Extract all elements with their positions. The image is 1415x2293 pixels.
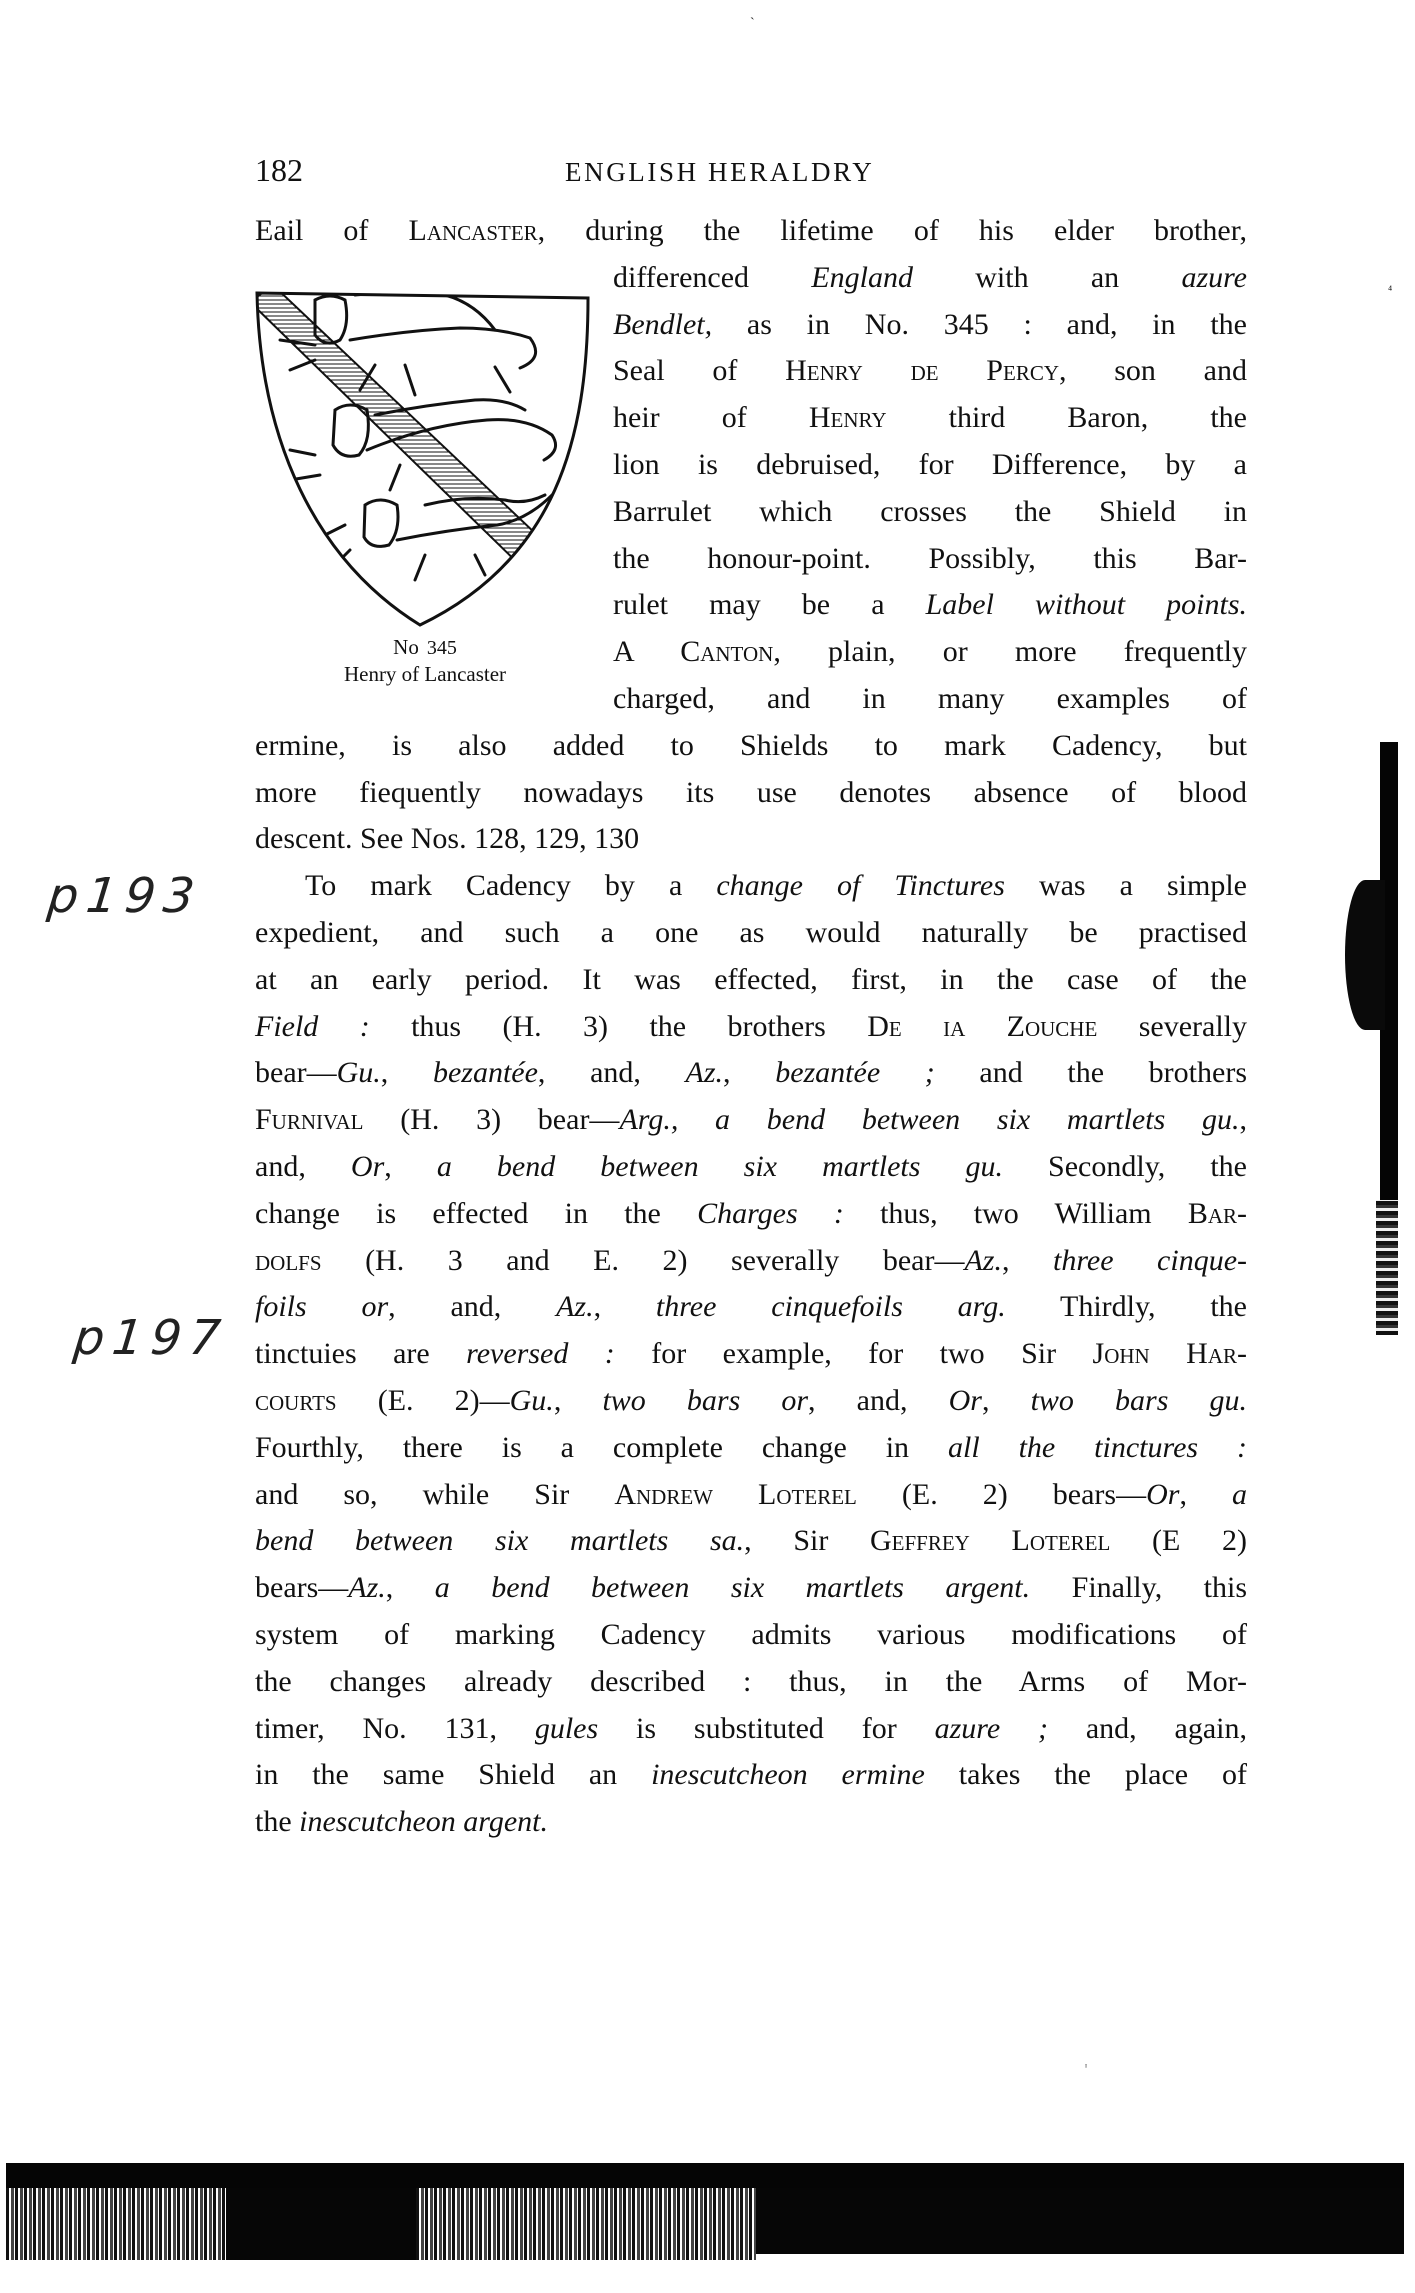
- italic-text: change of Tinctures: [716, 869, 1005, 902]
- text-line: Furnival (H. 3) bear—Arg., a bend betwee…: [255, 1097, 1247, 1144]
- scan-bottom-solid: [756, 2188, 1404, 2254]
- small-caps-text: Bar-: [1188, 1197, 1247, 1230]
- italic-text: two bars or: [602, 1384, 808, 1417]
- text-run: ,: [384, 1150, 437, 1183]
- text-run: , son and: [1059, 354, 1247, 387]
- text-run: ,: [723, 1056, 775, 1089]
- text-run: lion is debruised, for Difference, by a: [613, 448, 1247, 481]
- text-run: ,: [554, 1384, 603, 1417]
- text-run: severally: [1097, 1010, 1247, 1043]
- italic-text: Gu.: [510, 1384, 554, 1417]
- text-line: Fourthly, there is a complete change in …: [255, 1425, 1247, 1472]
- text-run: and,: [255, 1150, 351, 1183]
- text-run: To mark Cadency by a: [305, 869, 716, 902]
- text-run: as in No. 345 : and, in the: [712, 308, 1247, 341]
- text-run: the: [255, 1805, 299, 1838]
- italic-text: Or: [949, 1384, 982, 1417]
- text-line: the honour-point. Possibly, this Bar-: [613, 536, 1247, 583]
- scan-bottom-shadow: [6, 2163, 1404, 2191]
- italic-text: Az.: [964, 1244, 1002, 1277]
- small-caps-text: dolfs: [255, 1244, 322, 1277]
- text-line: tinctuies are reversed : for example, fo…: [255, 1331, 1247, 1378]
- text-line: bears—Az., a bend between six martlets a…: [255, 1565, 1247, 1612]
- text-run: ermine, is also added to Shields to mark…: [255, 729, 1247, 762]
- text-run: Fourthly, there is a complete change in: [255, 1431, 948, 1464]
- text-run: , during the lifetime of his elder broth…: [538, 214, 1247, 247]
- text-run: and so, while Sir: [255, 1478, 614, 1511]
- text-line: and so, while Sir Andrew Loterel (E. 2) …: [255, 1472, 1247, 1519]
- text-line: and, Or, a bend between six martlets gu.…: [255, 1144, 1247, 1191]
- text-run: the changes already described : thus, in…: [255, 1665, 1247, 1698]
- italic-text: a bend between six martlets argent.: [435, 1571, 1030, 1604]
- text-run: bear—: [255, 1056, 337, 1089]
- italic-text: three cinquefoils arg.: [656, 1290, 1006, 1323]
- italic-text: a bend between six martlets gu.: [437, 1150, 1003, 1183]
- text-run: third Baron, the: [887, 401, 1247, 434]
- text-run: Finally, this: [1030, 1571, 1247, 1604]
- text-line: bear—Gu., bezantée, and, Az., bezantée ;…: [255, 1050, 1247, 1097]
- text-line: more fiequently nowadays its use denotes…: [255, 770, 1247, 817]
- scan-bottom-noise: [6, 2188, 226, 2260]
- text-line: expedient, and such a one as would natur…: [255, 910, 1247, 957]
- italic-text: reversed :: [466, 1337, 615, 1370]
- text-run: with an: [913, 261, 1181, 294]
- text-line: charged, and in many examples of: [613, 676, 1247, 723]
- italic-text: azure: [1181, 261, 1247, 294]
- text-run: (H. 3) bear—: [363, 1103, 619, 1136]
- italic-text: foils or: [255, 1290, 388, 1323]
- text-run: (E. 2)—: [337, 1384, 510, 1417]
- small-caps-text: Canton: [680, 635, 773, 668]
- italic-text: two bars gu.: [1031, 1384, 1247, 1417]
- small-caps-text: Furnival: [255, 1103, 363, 1136]
- text-line: the changes already described : thus, in…: [255, 1659, 1247, 1706]
- text-line: lion is debruised, for Difference, by a: [613, 442, 1247, 489]
- text-run: ,: [381, 1056, 433, 1089]
- scan-speck: ⁴: [1388, 283, 1392, 298]
- scanned-book-page: ` ⁴ ᶦ 182 ENGLISH HERALDRY: [0, 0, 1415, 2293]
- italic-text: inescutcheon argent.: [299, 1805, 548, 1838]
- text-line: timer, No. 131, gules is substituted for…: [255, 1706, 1247, 1753]
- text-run: (E 2): [1110, 1524, 1247, 1557]
- text-run: and, again,: [1048, 1712, 1247, 1745]
- scan-bottom-solid: [226, 2188, 416, 2260]
- text-run: in the same Shield an: [255, 1758, 651, 1791]
- text-run: thus (H. 3) the brothers: [370, 1010, 868, 1043]
- text-run: system of marking Cadency admits various…: [255, 1618, 1247, 1651]
- text-run: Thirdly, the: [1006, 1290, 1247, 1323]
- text-line: Barrulet which crosses the Shield in: [613, 489, 1247, 536]
- text-line: at an early period. It was effected, fir…: [255, 957, 1247, 1004]
- running-title: ENGLISH HERALDRY: [565, 152, 874, 192]
- text-run: the honour-point. Possibly, this Bar-: [613, 542, 1247, 575]
- italic-text: bezantée ;: [775, 1056, 935, 1089]
- text-line: Eail of Lancaster, during the lifetime o…: [255, 208, 1247, 255]
- text-line: Seal of Henry de Percy, son and: [613, 348, 1247, 395]
- italic-text: a: [1232, 1478, 1247, 1511]
- text-run: Secondly, the: [1003, 1150, 1247, 1183]
- text-run: for example, for two Sir: [615, 1337, 1093, 1370]
- text-line: rulet may be a Label without points.: [613, 582, 1247, 629]
- text-line: in the same Shield an inescutcheon ermin…: [255, 1752, 1247, 1799]
- text-run: tinctuies are: [255, 1337, 466, 1370]
- scan-edge-noise: [1376, 1200, 1398, 1335]
- scan-speck: ᶦ: [1085, 2060, 1087, 2075]
- italic-text: Or: [351, 1150, 384, 1183]
- body-text: Eail of Lancaster, during the lifetime o…: [255, 208, 1247, 1846]
- small-caps-text: John Har-: [1093, 1337, 1247, 1370]
- text-run: ,: [1002, 1244, 1053, 1277]
- italic-text: gules: [535, 1712, 598, 1745]
- scan-bottom-noise: [416, 2188, 756, 2260]
- small-caps-text: Geffrey Loterel: [870, 1524, 1110, 1557]
- text-run: timer, No. 131,: [255, 1712, 535, 1745]
- page-number: 182: [255, 150, 303, 190]
- text-line: courts (E. 2)—Gu., two bars or, and, Or,…: [255, 1378, 1247, 1425]
- text-run: and the brothers: [935, 1056, 1247, 1089]
- text-run: , Sir: [744, 1524, 870, 1557]
- text-line: change is effected in the Charges : thus…: [255, 1191, 1247, 1238]
- text-run: differenced: [613, 261, 811, 294]
- text-line: A Canton, plain, or more frequently: [613, 629, 1247, 676]
- italic-text: Gu.: [337, 1056, 381, 1089]
- text-run: (H. 3 and E. 2) severally bear—: [322, 1244, 965, 1277]
- text-run: A: [613, 635, 680, 668]
- text-run: was a simple: [1005, 869, 1247, 902]
- italic-text: bezantée: [433, 1056, 538, 1089]
- text-run: is substituted for: [598, 1712, 934, 1745]
- text-line: To mark Cadency by a change of Tinctures…: [255, 863, 1247, 910]
- text-line: Field : thus (H. 3) the brothers De ia Z…: [255, 1004, 1247, 1051]
- text-run: ,: [1240, 1103, 1248, 1136]
- italic-text: inescutcheon ermine: [651, 1758, 925, 1791]
- text-run: Seal of: [613, 354, 785, 387]
- text-run: (E. 2) bears—: [857, 1478, 1146, 1511]
- italic-text: Field :: [255, 1010, 370, 1043]
- text-line: foils or, and, Az., three cinquefoils ar…: [255, 1284, 1247, 1331]
- small-caps-text: Lancaster: [409, 214, 538, 247]
- text-run: at an early period. It was effected, fir…: [255, 963, 1247, 996]
- text-run: Barrulet which crosses the Shield in: [613, 495, 1247, 528]
- text-run: rulet may be a: [613, 588, 926, 621]
- italic-text: Arg., a bend between six martlets gu.: [619, 1103, 1239, 1136]
- italic-text: bend between six martlets sa.: [255, 1524, 744, 1557]
- italic-text: all the tinctures :: [948, 1431, 1247, 1464]
- text-run: thus, two William: [844, 1197, 1188, 1230]
- text-line: the inescutcheon argent.: [255, 1799, 1247, 1846]
- italic-text: Or: [1146, 1478, 1179, 1511]
- text-run: ,: [1179, 1478, 1232, 1511]
- text-run: descent. See Nos. 128, 129, 130: [255, 822, 639, 855]
- text-run: , and,: [388, 1290, 556, 1323]
- text-run: takes the place of: [925, 1758, 1247, 1791]
- small-caps-text: Andrew Loterel: [614, 1478, 857, 1511]
- italic-text: azure ;: [935, 1712, 1048, 1745]
- text-line: Bendlet, as in No. 345 : and, in the: [613, 302, 1247, 349]
- scan-edge-blot: [1345, 880, 1385, 1030]
- italic-text: Charges :: [697, 1197, 844, 1230]
- handwritten-margin-note: p197: [71, 1310, 231, 1366]
- small-caps-text: Henry de Percy: [785, 354, 1059, 387]
- text-run: ,: [386, 1571, 435, 1604]
- running-head: 182 ENGLISH HERALDRY: [255, 150, 1247, 190]
- text-run: expedient, and such a one as would natur…: [255, 916, 1247, 949]
- text-run: , and,: [538, 1056, 686, 1089]
- text-run: Eail of: [255, 214, 409, 247]
- italic-text: Az.: [686, 1056, 724, 1089]
- text-run: change is effected in the: [255, 1197, 697, 1230]
- italic-text: Az.: [348, 1571, 386, 1604]
- text-run: heir of: [613, 401, 809, 434]
- text-line: differenced England with an azure: [613, 255, 1247, 302]
- text-line: heir of Henry third Baron, the: [613, 395, 1247, 442]
- text-run: , and,: [808, 1384, 949, 1417]
- text-line: ermine, is also added to Shields to mark…: [255, 723, 1247, 770]
- text-line: bend between six martlets sa., Sir Geffr…: [255, 1518, 1247, 1565]
- italic-text: Label without points.: [926, 588, 1247, 621]
- text-run: charged, and in many examples of: [613, 682, 1247, 715]
- small-caps-text: Henry: [809, 401, 887, 434]
- italic-text: Bendlet,: [613, 308, 712, 341]
- text-line: dolfs (H. 3 and E. 2) severally bear—Az.…: [255, 1238, 1247, 1285]
- text-line: system of marking Cadency admits various…: [255, 1612, 1247, 1659]
- scan-speck: `: [750, 16, 755, 32]
- italic-text: three cinque-: [1053, 1244, 1247, 1277]
- text-run: , plain, or more frequently: [773, 635, 1247, 668]
- text-run: ,: [594, 1290, 656, 1323]
- text-line: descent. See Nos. 128, 129, 130: [255, 816, 1247, 863]
- handwritten-margin-note: p193: [45, 868, 205, 924]
- small-caps-text: De ia Zouche: [867, 1010, 1097, 1043]
- text-run: ,: [982, 1384, 1031, 1417]
- italic-text: Az.: [556, 1290, 594, 1323]
- small-caps-text: courts: [255, 1384, 337, 1417]
- text-run: bears—: [255, 1571, 348, 1604]
- text-run: more fiequently nowadays its use denotes…: [255, 776, 1247, 809]
- italic-text: England: [811, 261, 913, 294]
